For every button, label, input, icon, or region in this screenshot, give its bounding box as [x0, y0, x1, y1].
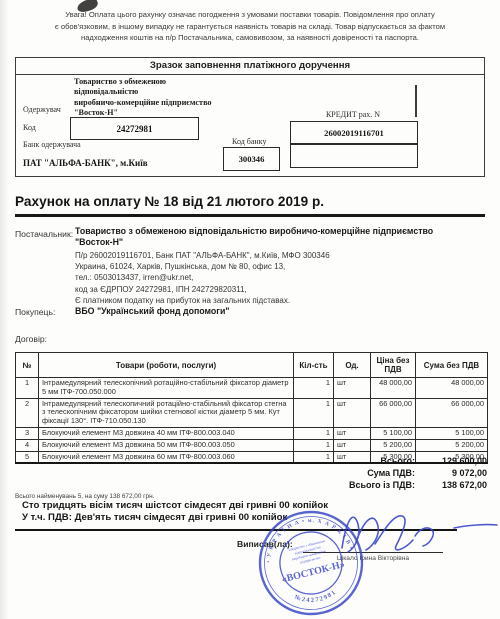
supplier-detail-line: код за ЄДРПОУ 24272981, ІПН 242729820311…: [75, 284, 475, 295]
grand-total-value: 138 672,00: [442, 480, 487, 490]
cell-name: Блокуючий елемент М3 довжина 50 мм ІТФ-8…: [39, 439, 294, 451]
table-header-row: № Товари (роботи, послуги) Кіл-сть Од. Ц…: [16, 353, 488, 378]
bank-label: Банк одержувача: [23, 140, 81, 149]
table-row: 2 Інтрамедулярний телескопичний ротаційн…: [16, 398, 488, 427]
col-header-name: Товари (роботи, послуги): [39, 353, 294, 378]
supplier-detail-line: Є платником податку на прибуток на загал…: [75, 295, 475, 306]
cell-num: 5: [16, 451, 39, 463]
cell-unit: шт: [334, 398, 371, 427]
cell-qty: 1: [294, 451, 334, 463]
cell-qty: 1: [294, 427, 334, 439]
buyer-name: ВБО "Український фонд допомоги": [75, 306, 230, 317]
items-summary: Всього найменувань 5, на суму 138 672,00…: [15, 493, 154, 500]
supplier-name-line: "Восток-Н": [75, 237, 475, 248]
notice-line: є обов'язковим, в іншому випадку не гара…: [40, 21, 460, 33]
col-header-qty: Кіл-сть: [294, 353, 334, 378]
vat-label: Сума ПДВ:: [367, 468, 415, 478]
recipient-line: виробничо-комерційне підприємство: [74, 98, 309, 108]
cell-sum: 5 100,00: [416, 427, 488, 439]
scan-edge-artifact: [0, 0, 9, 619]
vat-value: 9 072,00: [452, 468, 487, 478]
bank-code-label: Код банку: [232, 137, 266, 146]
stamp-number-text: №24272981: [292, 584, 339, 609]
supplier-details: П/р 26002019116701, Банк ПАТ "АЛЬФА-БАНК…: [75, 250, 475, 306]
table-row: 1 Інтрамедулярний телескопічний ротаційн…: [16, 378, 488, 399]
cell-name: Блокуючий елемент М3 довжина 60 мм ІТФ-8…: [39, 451, 294, 463]
code-label: Код: [23, 123, 36, 132]
handwritten-signature: [320, 498, 500, 560]
cell-num: 2: [16, 398, 39, 427]
col-header-num: №: [16, 353, 39, 378]
total-value: 129 600,00: [442, 456, 487, 466]
grand-total-label: Всього із ПДВ:: [349, 480, 415, 490]
table-row: 3 Блокуючий елемент М3 довжина 40 мм ІТФ…: [16, 427, 488, 439]
payment-sample-title: Зразок заповнення платіжного доручення: [16, 58, 484, 75]
supplier-detail-line: тел.: 0503013437, irren@ukr.net,: [75, 272, 475, 283]
cell-unit: шт: [334, 427, 371, 439]
supplier-name: Товариство з обмеженою відповідальністю …: [75, 226, 475, 248]
cell-unit: шт: [334, 439, 371, 451]
supplier-label: Постачальник:: [15, 229, 73, 239]
cell-name: Інтрамедулярний телескопичний ротаційно-…: [39, 398, 294, 427]
title-underline: [15, 214, 485, 217]
recipient-company-name: Товариство з обмеженою відповідальністю …: [74, 77, 309, 119]
bank-name: ПАТ "АЛЬФА-БАНК", м.Київ: [23, 158, 148, 168]
cell-name: Інтрамедулярний телескопічний ротаційно-…: [39, 378, 294, 399]
cell-qty: 1: [294, 439, 334, 451]
recipient-line: Товариство з обмеженою: [74, 77, 309, 87]
table-row: 4 Блокуючий елемент М3 довжина 50 мм ІТФ…: [16, 439, 488, 451]
credit-empty-box: [290, 143, 418, 168]
cell-sum: 66 000,00: [416, 398, 488, 427]
contract-label: Договір:: [15, 334, 47, 344]
cell-qty: 1: [294, 398, 334, 427]
recipient-label: Одержувач: [23, 105, 61, 114]
payment-order-sample-box: Зразок заповнення платіжного доручення Т…: [15, 57, 485, 177]
cell-price: 5 200,00: [371, 439, 416, 451]
recipient-line: відповідальністю: [74, 87, 309, 97]
code-value-box: 24272981: [70, 117, 199, 140]
credit-label: КРЕДИТ рах. N: [290, 110, 416, 119]
cell-qty: 1: [294, 378, 334, 399]
cell-name: Блокуючий елемент М3 довжина 40 мм ІТФ-8…: [39, 427, 294, 439]
cell-unit: шт: [334, 451, 371, 463]
cell-sum: 5 200,00: [416, 439, 488, 451]
col-header-unit: Од.: [334, 353, 371, 378]
total-label: Всього:: [380, 456, 415, 466]
credit-account-box: 26002019116701: [290, 121, 418, 145]
cell-num: 1: [16, 378, 39, 399]
invoice-document: Увага! Оплата цього рахунку означає пого…: [0, 0, 500, 619]
col-header-sum: Сума без ПДВ: [416, 353, 488, 378]
cell-price: 66 000,00: [371, 398, 416, 427]
cell-sum: 48 000,00: [416, 378, 488, 399]
table-row: 5 Блокуючий елемент М3 довжина 60 мм ІТФ…: [16, 451, 488, 463]
col-header-price: Ціна без ПДВ: [371, 353, 416, 378]
payment-notice: Увага! Оплата цього рахунку означає пого…: [40, 9, 460, 44]
notice-line: Увага! Оплата цього рахунку означає пого…: [40, 9, 460, 21]
supplier-name-line: Товариство з обмеженою відповідальністю …: [75, 226, 475, 237]
cell-num: 3: [16, 427, 39, 439]
svg-text:№24272981: №24272981: [292, 584, 339, 609]
vat-in-words: У т.ч. ПДВ: Дев'ять тисяч сімдесят дві г…: [22, 512, 287, 523]
supplier-detail-line: П/р 26002019116701, Банк ПАТ "АЛЬФА-БАНК…: [75, 250, 475, 261]
bank-code-value-box: 300346: [223, 147, 280, 171]
cell-unit: шт: [334, 378, 371, 399]
invoice-title: Рахунок на оплату № 18 від 21 лютого 201…: [15, 194, 324, 209]
cell-num: 4: [16, 439, 39, 451]
buyer-label: Покупець:: [15, 307, 55, 317]
cell-price: 5 100,00: [371, 427, 416, 439]
supplier-detail-line: Украина, 61024, Харків, Пушкінська, дом …: [75, 261, 475, 272]
cell-price: 48 000,00: [371, 378, 416, 399]
notice-line: надходження коштів на п/р Постачальника,…: [40, 32, 460, 44]
goods-table: № Товари (роботи, послуги) Кіл-сть Од. Ц…: [15, 352, 488, 464]
